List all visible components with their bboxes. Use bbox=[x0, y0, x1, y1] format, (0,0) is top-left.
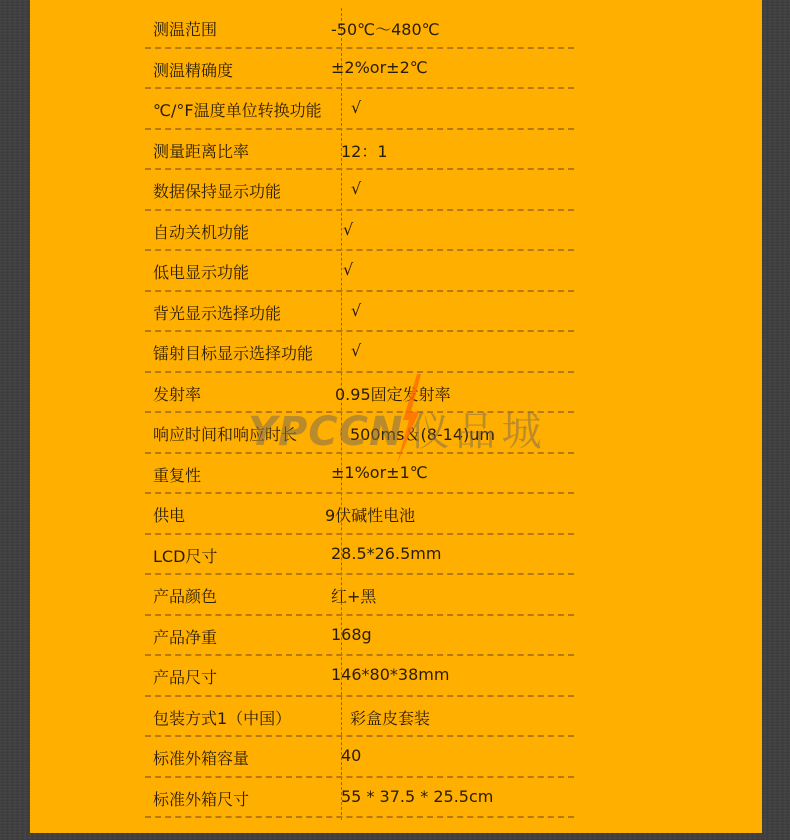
check-mark-icon: √ bbox=[343, 260, 353, 279]
spec-label: 标准外箱尺寸 bbox=[153, 787, 249, 810]
spec-row: 供电9伏碱性电池 bbox=[145, 494, 574, 535]
spec-row: 测量距离比率12：1 bbox=[145, 130, 574, 171]
spec-row: 产品尺寸146*80*38mm bbox=[145, 656, 574, 697]
spec-row: 标准外箱尺寸55 * 37.5 * 25.5cm bbox=[145, 778, 574, 819]
spec-label: 供电 bbox=[153, 503, 185, 526]
spec-row: 数据保持显示功能√ bbox=[145, 170, 574, 211]
spec-value: ±2%or±2℃ bbox=[331, 58, 428, 77]
spec-value: 彩盒皮套装 bbox=[350, 706, 430, 729]
spec-row: 低电显示功能√ bbox=[145, 251, 574, 292]
spec-label: 产品颜色 bbox=[153, 584, 217, 607]
spec-label: 发射率 bbox=[153, 382, 201, 405]
spec-label: 背光显示选择功能 bbox=[153, 301, 281, 324]
spec-row: 自动关机功能√ bbox=[145, 211, 574, 252]
spec-value: 55 * 37.5 * 25.5cm bbox=[341, 787, 493, 806]
spec-value: -50℃～480℃ bbox=[331, 17, 440, 40]
spec-value: 40 bbox=[341, 746, 361, 765]
check-mark-icon: √ bbox=[351, 179, 361, 198]
spec-label: LCD尺寸 bbox=[153, 544, 217, 567]
spec-value: 9伏碱性电池 bbox=[325, 503, 415, 526]
spec-row: 产品颜色红+黑 bbox=[145, 575, 574, 616]
spec-value: 168g bbox=[331, 625, 372, 644]
check-mark-icon: √ bbox=[351, 301, 361, 320]
check-mark-icon: √ bbox=[351, 98, 361, 117]
spec-row: 包装方式1（中国）彩盒皮套装 bbox=[145, 697, 574, 738]
spec-label: 重复性 bbox=[153, 463, 201, 486]
check-mark-icon: √ bbox=[343, 220, 353, 239]
spec-label: 镭射目标显示选择功能 bbox=[153, 341, 313, 364]
spec-label: 自动关机功能 bbox=[153, 220, 249, 243]
spec-label: 包装方式1（中国） bbox=[153, 706, 291, 729]
spec-row: 背光显示选择功能√ bbox=[145, 292, 574, 333]
spec-label: ℃/°F温度单位转换功能 bbox=[153, 98, 322, 121]
spec-label: 产品净重 bbox=[153, 625, 217, 648]
spec-label: 产品尺寸 bbox=[153, 665, 217, 688]
spec-value: 28.5*26.5mm bbox=[331, 544, 441, 563]
spec-value: 146*80*38mm bbox=[331, 665, 449, 684]
spec-label: 测量距离比率 bbox=[153, 139, 249, 162]
spec-value: ±1%or±1℃ bbox=[331, 463, 428, 482]
spec-row: 测温精确度±2%or±2℃ bbox=[145, 49, 574, 90]
watermark-latin: YPCCN bbox=[248, 409, 403, 455]
spec-label: 测温范围 bbox=[153, 17, 217, 40]
spec-label: 标准外箱容量 bbox=[153, 746, 249, 769]
lightning-bolt-icon bbox=[395, 374, 421, 464]
spec-row: 重复性±1%or±1℃ bbox=[145, 454, 574, 495]
spec-row: 产品净重168g bbox=[145, 616, 574, 657]
spec-row: ℃/°F温度单位转换功能√ bbox=[145, 89, 574, 130]
spec-row: 测温范围-50℃～480℃ bbox=[145, 8, 574, 49]
check-mark-icon: √ bbox=[351, 341, 361, 360]
spec-row: 镭射目标显示选择功能√ bbox=[145, 332, 574, 373]
spec-value: 12：1 bbox=[341, 139, 388, 162]
watermark-chinese: 仪品城 bbox=[409, 409, 547, 455]
spec-value: 红+黑 bbox=[331, 584, 376, 607]
spec-label: 低电显示功能 bbox=[153, 260, 249, 283]
spec-row: 标准外箱容量40 bbox=[145, 737, 574, 778]
spec-row: LCD尺寸28.5*26.5mm bbox=[145, 535, 574, 576]
spec-label: 数据保持显示功能 bbox=[153, 179, 281, 202]
spec-label: 测温精确度 bbox=[153, 58, 233, 81]
